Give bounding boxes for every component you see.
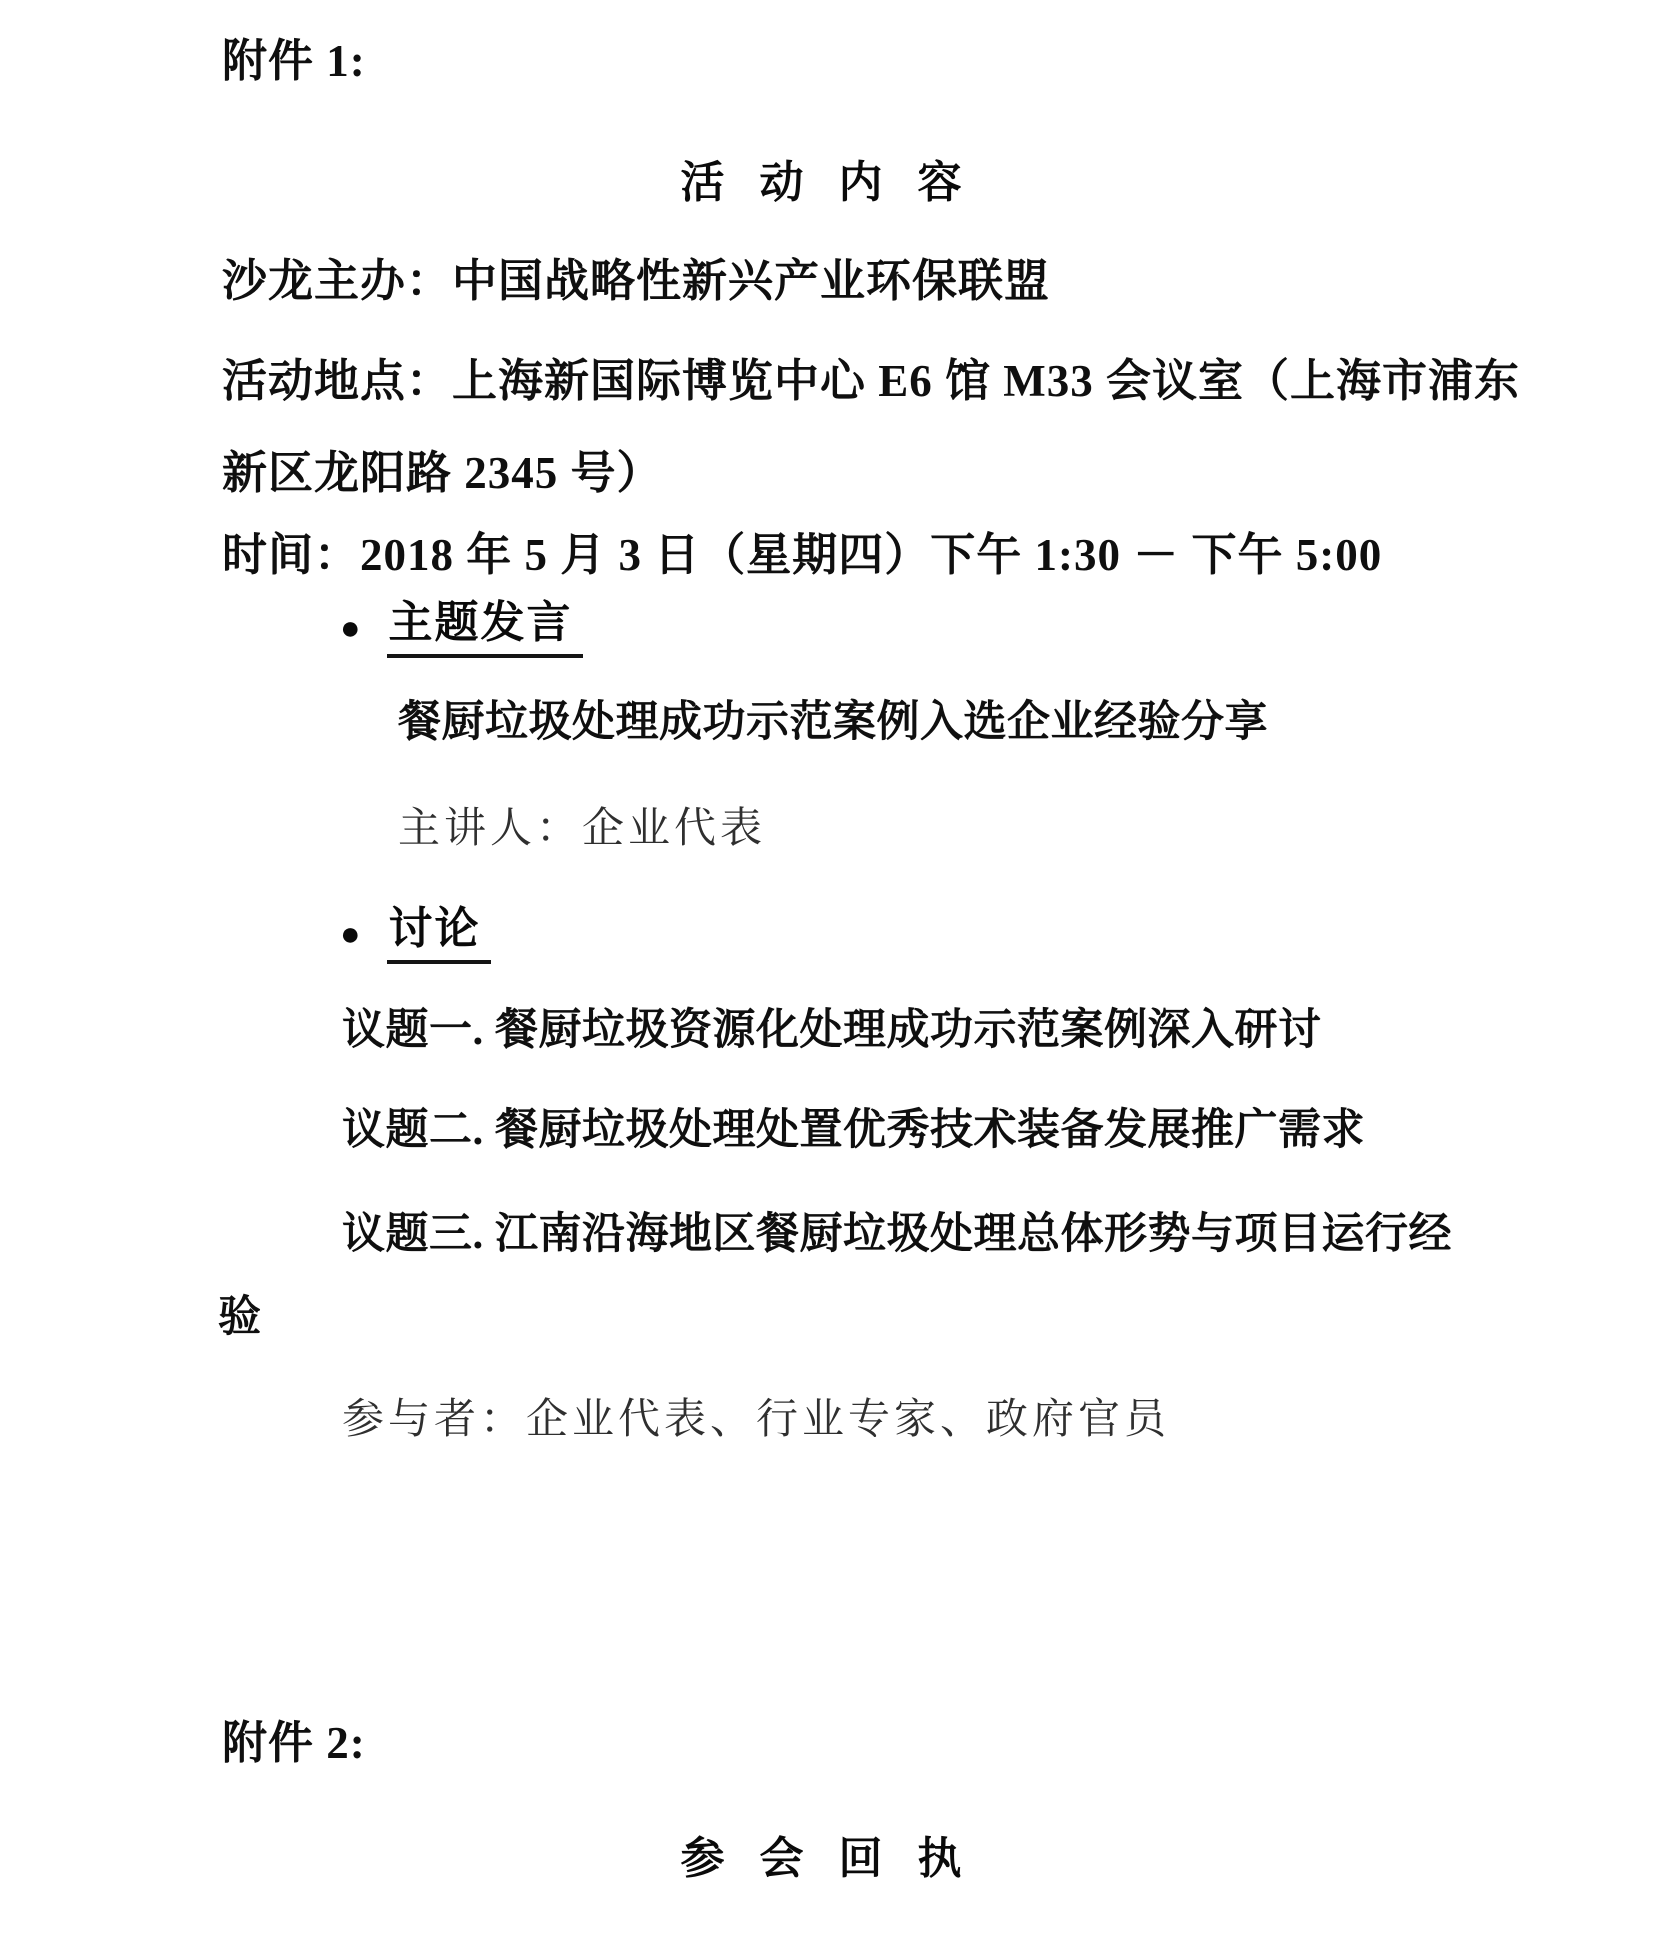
reply-slip-title: 参 会 回 执 [0,1822,1654,1886]
participants-line: 参与者：企业代表、行业专家、政府官员 [342,1396,1170,1444]
speaker-line: 主讲人：企业代表 [398,805,766,853]
discussion-item-3-line-2: 验 [218,1293,262,1342]
salon-host-line: 沙龙主办：中国战略性新兴产业环保联盟 [222,256,1050,308]
discussion-heading: ● 讨论 [340,904,491,964]
event-location-line-1: 活动地点：上海新国际博览中心 E6 馆 M33 会议室（上海市浦东 [222,356,1520,408]
discussion-item-1: 议题一. 餐厨垃圾资源化处理成功示范案例深入研讨 [342,1006,1322,1055]
bullet-icon: ● [340,918,361,952]
discussion-item-3-line-1: 议题三. 江南沿海地区餐厨垃圾处理总体形势与项目运行经 [342,1210,1452,1259]
topic-description-line: 餐厨垃圾处理成功示范案例入选企业经验分享 [398,698,1268,747]
topic-speech-heading: ● 主题发言 [340,598,583,658]
attachment-1-label: 附件 1: [222,36,366,88]
activity-content-title: 活 动 内 容 [0,146,1654,210]
event-time-line: 时间：2018 年 5 月 3 日（星期四）下午 1:30 － 下午 5:00 [222,530,1382,582]
discussion-heading-label: 讨论 [387,904,491,964]
discussion-item-2: 议题二. 餐厨垃圾处理处置优秀技术装备发展推广需求 [342,1106,1365,1155]
attachment-2-label: 附件 2: [222,1718,366,1770]
topic-speech-heading-label: 主题发言 [387,598,583,658]
event-location-line-2: 新区龙阳路 2345 号） [222,448,663,500]
document-page: 附件 1: 活 动 内 容 沙龙主办：中国战略性新兴产业环保联盟 活动地点：上海… [0,0,1654,1955]
bullet-icon: ● [340,612,361,646]
